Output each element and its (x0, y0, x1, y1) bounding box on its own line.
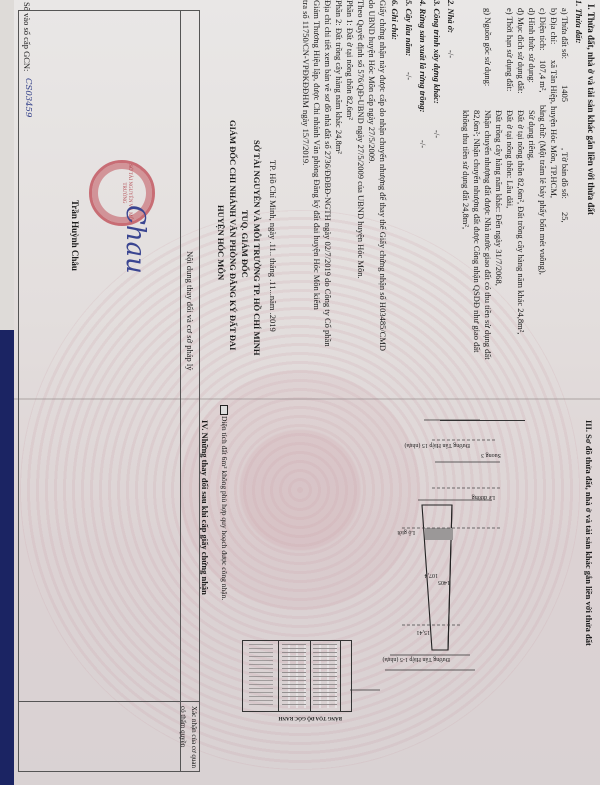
note-line: Giám Thương Hiệu lập, được Chi nhánh Văn… (311, 0, 322, 310)
purpose-value: Đất ở tại nông thôn 82,6m², Đất trồng câ… (515, 110, 526, 334)
area-label: c) Diện tích: (537, 8, 548, 50)
note-line: tra số 11750/CN-VPĐKĐĐHM ngày 15/7/2019. (300, 0, 311, 165)
section-i-title: I. Thửa đất, nhà ở và tài sản khác gắn l… (585, 4, 596, 215)
authority-line-1: SỞ TÀI NGUYÊN VÀ MÔI TRƯỜNG TP. HỒ CHÍ M… (251, 140, 262, 356)
origin-value-2: 82,6m²; Nhận chuyển nhượng đất được Công… (471, 110, 482, 353)
notes-label: 6. Ghi chú: (389, 0, 400, 40)
forest-label: 4. Rừng sản xuất là rừng trồng: (417, 0, 428, 112)
perennial-label: 5. Cây lâu năm: (403, 0, 414, 56)
other-works-value: -/- (431, 130, 442, 138)
purpose-label: đ) Mục đích sử dụng đất: (515, 8, 526, 94)
area-value: 107,4 m², (537, 60, 548, 93)
house-label: 2. Nhà ở: (445, 0, 456, 33)
usage-form-label: d) Hình thức sử dụng: (526, 8, 537, 83)
parcel-number-value: 1405 (559, 85, 570, 102)
address-value: xã Tân Hiệp, huyện Hóc Môn, TP.HCM, (548, 60, 559, 198)
house-value: -/- (445, 50, 456, 58)
coordinate-table-title: BẢNG TỌA ĐỘ GÓC RANH (278, 715, 342, 720)
other-works-label: 3. Công trình xây dựng khác: (431, 0, 442, 104)
map-label-canal: Suong 3 (481, 452, 501, 458)
authority-line-3: GIÁM ĐỐC CHI NHÁNH VĂN PHÒNG ĐĂNG KÝ ĐẤT… (227, 120, 238, 350)
note-line: Theo Quyết định số 576/QĐ-UBND ngày 27/5… (355, 0, 366, 279)
term-value-1: Đất ở tại nông thôn: Lâu dài, (504, 110, 515, 208)
note-line: Phần 2: Đất trồng cây hàng năm khác 24,8… (333, 0, 344, 154)
map-label-boundary: Lộ giới (397, 529, 415, 535)
parcel-number-label: a) Thửa đất số: (559, 8, 570, 59)
map-label-side: 15,41 (417, 629, 431, 635)
legend-swatch (220, 405, 228, 415)
map-label-roadside: Lề đường (472, 494, 495, 500)
coordinate-table (242, 640, 352, 712)
address-label: b) Địa chỉ: (548, 8, 559, 44)
note-line: Phần 1: Đất ở tại nông thôn 82,6m² (344, 0, 355, 120)
origin-value-3: không thu tiền sử dụng đất 24,8m², (460, 110, 471, 229)
origin-value-1: Nhận chuyển nhượng đất được Nhà nước gia… (482, 110, 493, 360)
origin-label: g) Nguồn gốc sử dụng: (482, 8, 493, 86)
authority-line-4: HUYỆN HÓC MÔN (215, 205, 226, 280)
map-label-road-1: Đường Tân Hiệp 15 (nhựa) (404, 442, 470, 448)
map-sheet-value: 25, (559, 212, 570, 223)
note-line: Giấy chứng nhận này được cấp do nhận chu… (377, 0, 388, 351)
changes-col-confirm: Xác nhận của cơ quan có thẩm quyền (177, 706, 199, 772)
note-line: Địa chỉ chi tiết xem bản vẽ sơ đồ nhà đấ… (322, 0, 333, 347)
section-i-subtitle: 1. Thửa đất: (573, 0, 584, 44)
map-label-road-2: Đường Tân Hiệp 1-5 (nhựa) (382, 656, 450, 662)
term-value-2: Đất trồng cây hàng năm khác: Đến ngày 31… (493, 110, 504, 286)
place-date: TP. Hồ Chí Minh, ngày .11.. tháng .11...… (267, 160, 278, 332)
note-line: do UBND huyện Hóc Môn cấp ngày 27/5/2009… (366, 0, 377, 163)
background-dark (0, 330, 14, 785)
map-label-area: 107,4 (425, 572, 439, 578)
term-label: e) Thời hạn sử dụng đất: (504, 8, 515, 91)
usage-form-value: Sử dụng riêng, (526, 110, 537, 160)
certificate-document: I. Thửa đất, nhà ở và tài sản khác gắn l… (14, 0, 600, 785)
section-iv-title: IV. Những thay đổi sau khi cấp giấy chứn… (199, 420, 210, 595)
changes-col-content: Nội dung thay đổi và cơ sở pháp lý (184, 251, 195, 370)
map-label-parcel: 1405 (438, 579, 450, 585)
map-sheet-label: , Tờ bản đồ số: (559, 148, 570, 199)
forest-value: -/- (417, 140, 428, 148)
changes-table: Nội dung thay đổi và cơ sở pháp lý Xác n… (18, 10, 200, 772)
area-words: bằng chữ: (Một trăm lẻ bảy phẩy bốn mét … (537, 105, 548, 275)
perennial-value: -/- (403, 72, 414, 80)
legend-text: Diện tích đất 6m² không phù hợp quy hoạc… (219, 416, 230, 600)
authority-line-2: TUQ. GIÁM ĐỐC (239, 210, 250, 278)
background-surface (0, 0, 14, 330)
